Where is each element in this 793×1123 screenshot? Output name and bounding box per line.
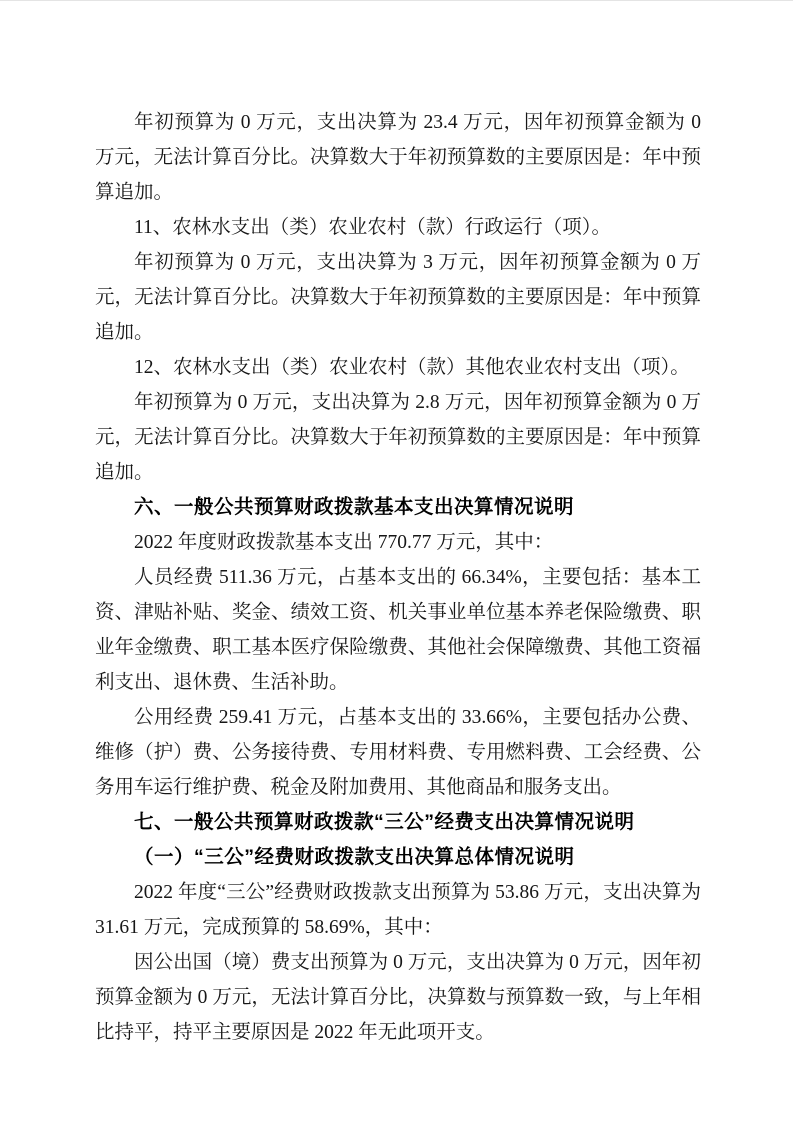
section-7-1-heading: （一）“三公”经费财政拨款支出决算总体情况说明 <box>95 840 701 875</box>
paragraph-personnel-expense: 人员经费 511.36 万元，占基本支出的 66.34%，主要包括：基本工资、津… <box>95 560 701 700</box>
paragraph-public-expense: 公用经费 259.41 万元，占基本支出的 33.66%，主要包括办公费、维修（… <box>95 700 701 805</box>
paragraph-item10-detail: 年初预算为 0 万元，支出决算为 23.4 万元，因年初预算金额为 0 万元，无… <box>95 105 701 210</box>
paragraph-item11-detail: 年初预算为 0 万元，支出决算为 3 万元，因年初预算金额为 0 万元，无法计算… <box>95 245 701 350</box>
paragraph-sangong-summary: 2022 年度“三公”经费财政拨款支出预算为 53.86 万元，支出决算为 31… <box>95 875 701 945</box>
section-6-heading: 六、一般公共预算财政拨款基本支出决算情况说明 <box>95 490 701 525</box>
paragraph-item12-title: 12、农林水支出（类）农业农村（款）其他农业农村支出（项）。 <box>95 350 701 385</box>
document-body: 年初预算为 0 万元，支出决算为 23.4 万元，因年初预算金额为 0 万元，无… <box>95 105 701 1050</box>
document-page: 年初预算为 0 万元，支出决算为 23.4 万元，因年初预算金额为 0 万元，无… <box>0 0 793 1123</box>
paragraph-item11-title: 11、农林水支出（类）农业农村（款）行政运行（项）。 <box>95 210 701 245</box>
paragraph-basic-expense-total: 2022 年度财政拨款基本支出 770.77 万元，其中： <box>95 525 701 560</box>
section-7-heading: 七、一般公共预算财政拨款“三公”经费支出决算情况说明 <box>95 805 701 840</box>
paragraph-item12-detail: 年初预算为 0 万元，支出决算为 2.8 万元，因年初预算金额为 0 万元，无法… <box>95 385 701 490</box>
paragraph-abroad-expense: 因公出国（境）费支出预算为 0 万元，支出决算为 0 万元，因年初预算金额为 0… <box>95 945 701 1050</box>
